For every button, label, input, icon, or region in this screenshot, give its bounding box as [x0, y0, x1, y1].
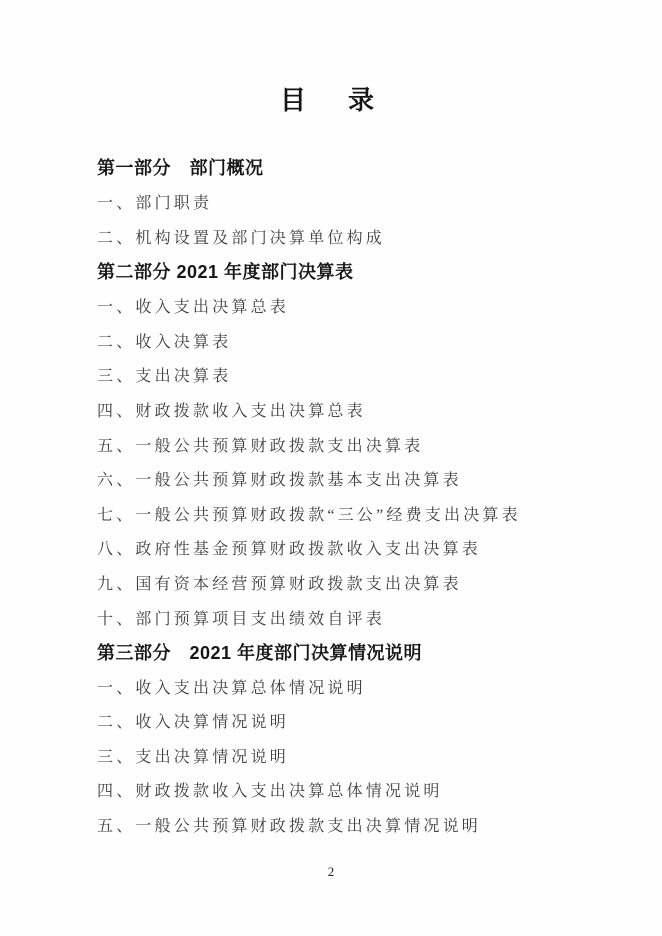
toc-item: 一、收入支出决算总体情况说明 — [97, 669, 602, 704]
page-number: 2 — [0, 864, 662, 880]
toc-section-1-header: 第一部分 部门概况 — [97, 150, 602, 185]
toc-item: 三、支出决算表 — [97, 358, 602, 393]
toc-item: 二、收入决算情况说明 — [97, 704, 602, 739]
toc-item: 六、一般公共预算财政拨款基本支出决算表 — [97, 461, 602, 496]
page-title: 目 录 — [0, 80, 662, 117]
document-page: 目 录 第一部分 部门概况 一、部门职责 二、机构设置及部门决算单位构成 第二部… — [0, 0, 662, 936]
toc-item: 一、收入支出决算总表 — [97, 288, 602, 323]
toc-item: 三、支出决算情况说明 — [97, 738, 602, 773]
toc-section-2-header: 第二部分 2021 年度部门决算表 — [97, 254, 602, 289]
table-of-contents: 第一部分 部门概况 一、部门职责 二、机构设置及部门决算单位构成 第二部分 20… — [97, 150, 602, 842]
toc-item: 二、机构设置及部门决算单位构成 — [97, 219, 602, 254]
toc-item: 四、财政拨款收入支出决算总体情况说明 — [97, 773, 602, 808]
toc-item: 七、一般公共预算财政拨款“三公”经费支出决算表 — [97, 496, 602, 531]
toc-item: 五、一般公共预算财政拨款支出决算表 — [97, 427, 602, 462]
toc-section-3-header: 第三部分 2021 年度部门决算情况说明 — [97, 634, 602, 669]
toc-item: 十、部门预算项目支出绩效自评表 — [97, 600, 602, 635]
toc-item: 一、部门职责 — [97, 185, 602, 220]
toc-item: 八、政府性基金预算财政拨款收入支出决算表 — [97, 531, 602, 566]
toc-item: 九、国有资本经营预算财政拨款支出决算表 — [97, 565, 602, 600]
toc-item: 五、一般公共预算财政拨款支出决算情况说明 — [97, 807, 602, 842]
toc-item: 二、收入决算表 — [97, 323, 602, 358]
toc-item: 四、财政拨款收入支出决算总表 — [97, 392, 602, 427]
